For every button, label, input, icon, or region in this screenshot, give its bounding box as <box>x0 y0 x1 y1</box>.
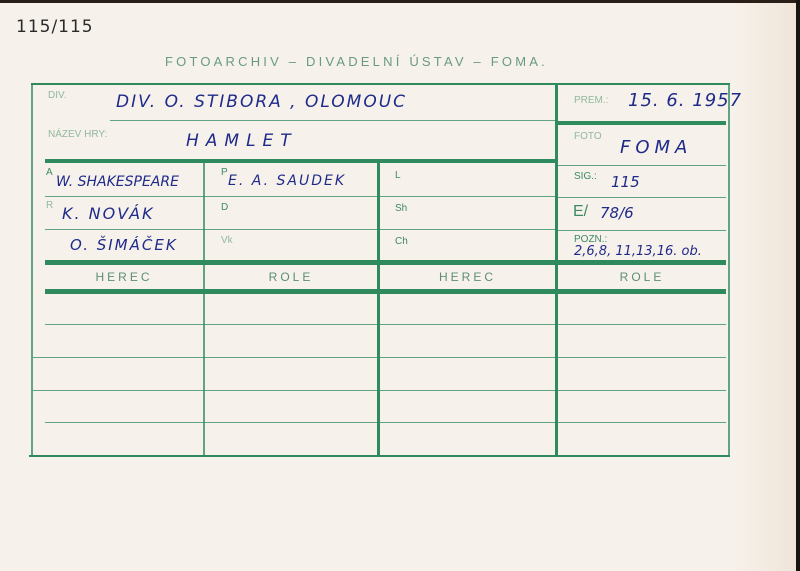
cast-row-line <box>33 390 726 391</box>
card-number: 115/115 <box>16 17 94 37</box>
e-underline <box>558 230 726 231</box>
label-rezie: R <box>46 200 53 211</box>
column-header-role-1: ROLE <box>205 270 377 284</box>
sig-underline <box>558 197 726 198</box>
vertical-divider-1 <box>203 163 205 455</box>
value-nazev-hry: HAMLET <box>186 131 298 151</box>
vertical-divider-2 <box>377 163 380 455</box>
credit-row-line-1 <box>45 196 556 197</box>
paper-shade <box>736 3 796 571</box>
label-ch: Ch <box>395 236 408 247</box>
cast-header-top-band <box>45 260 726 265</box>
cast-header-bottom-band <box>45 289 726 294</box>
label-d: D <box>221 202 228 213</box>
label-e: E/ <box>573 203 588 221</box>
frame-left <box>31 83 33 457</box>
label-divadlo: DIV. <box>48 90 67 101</box>
value-autor: W. SHAKESPEARE <box>56 174 179 190</box>
label-sh: Sh <box>395 203 407 214</box>
foto-underline <box>558 165 726 166</box>
value-premiera: 15. 6. 1957 <box>628 90 742 111</box>
frame-bottom <box>29 455 730 457</box>
section-divider-1 <box>45 159 556 163</box>
column-header-role-2: ROLE <box>558 270 726 284</box>
value-scena: O. ŠIMÁČEK <box>70 236 178 254</box>
card-header: FOTOARCHIV – DIVADELNÍ ÚSTAV – FOMA. <box>165 54 548 69</box>
value-poznamka: 2,6,8, 11,13,16. ob. <box>574 244 702 259</box>
value-preklad: E. A. SAUDEK <box>228 173 346 189</box>
column-header-herec-1: HEREC <box>45 270 203 284</box>
prem-underline <box>558 121 726 125</box>
value-rezie: K. NOVÁK <box>62 204 155 223</box>
label-autor: A <box>46 167 53 178</box>
archive-card: 115/115 FOTOARCHIV – DIVADELNÍ ÚSTAV – F… <box>0 0 796 571</box>
value-signatura: 115 <box>611 173 640 191</box>
frame-top <box>31 83 730 85</box>
value-foto: FOMA <box>620 137 692 158</box>
label-preklad: P <box>221 167 228 178</box>
label-vk: Vk <box>221 235 233 246</box>
column-header-herec-2: HEREC <box>380 270 555 284</box>
cast-row-line <box>33 357 726 358</box>
divadlo-underline <box>110 120 556 121</box>
label-l: L <box>395 170 401 181</box>
label-premiera: PREM.: <box>574 95 608 106</box>
credit-row-line-2 <box>45 229 556 230</box>
label-foto: FOTO <box>574 131 602 142</box>
cast-row-line <box>45 422 726 423</box>
label-signatura: SIG.: <box>574 171 597 182</box>
value-e: 78/6 <box>600 204 634 222</box>
cast-row-line <box>45 324 726 325</box>
frame-right <box>728 83 730 457</box>
value-divadlo: DIV. O. STIBORA , OLOMOUC <box>116 92 407 112</box>
label-nazev-hry: NÁZEV HRY: <box>48 129 107 140</box>
